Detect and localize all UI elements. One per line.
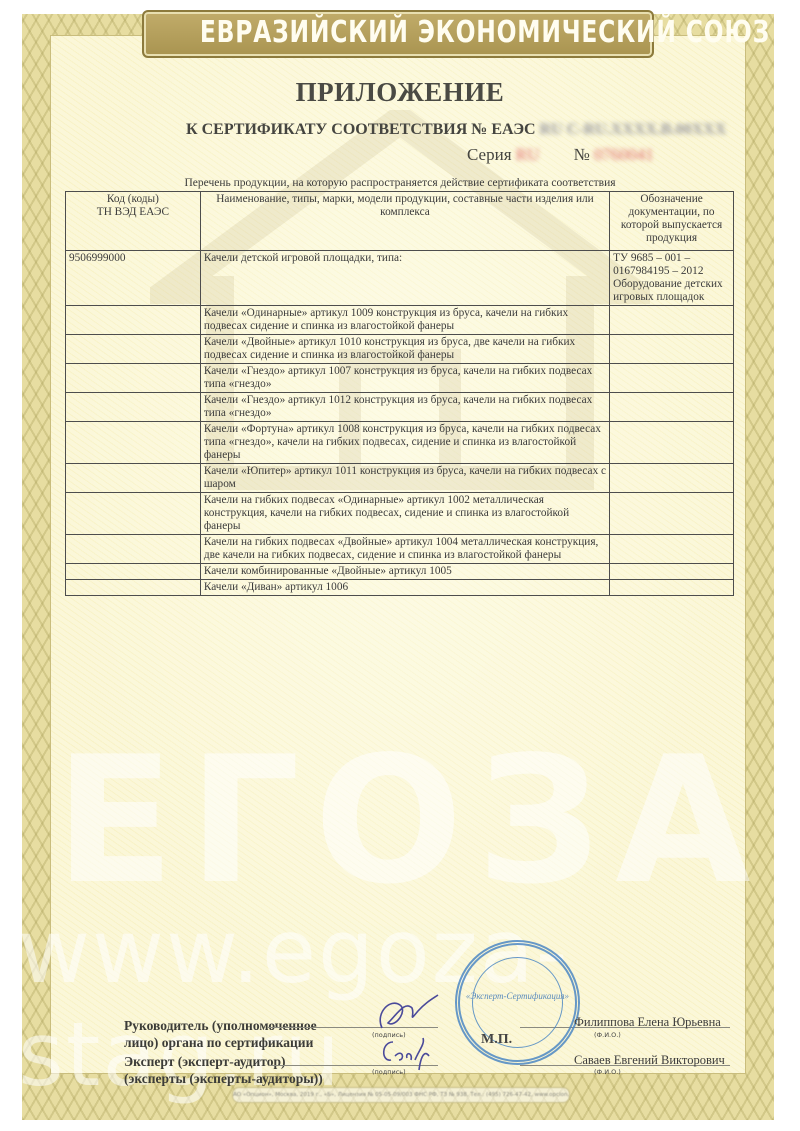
union-banner-text: ЕВРАЗИЙСКИЙ ЭКОНОМИЧЕСКИЙ СОЮЗ: [200, 15, 596, 50]
series-label: Серия: [467, 145, 512, 164]
item-cell: Качели «Одинарные» артикул 1009 конструк…: [200, 306, 609, 335]
item-cell: Качели «Гнездо» артикул 1007 конструкция…: [200, 364, 609, 393]
expert-name: Саваев Евгений Викторович: [574, 1053, 725, 1068]
cell-name: Качели детской игровой площадки, типа:: [200, 251, 609, 306]
series-line: Серия RU № 0760041: [467, 145, 654, 165]
number-value-redacted: 0760041: [594, 145, 654, 165]
item-cell: Качели «Юпитер» артикул 1011 конструкция…: [200, 464, 609, 493]
expert-signature-icon: [375, 1030, 435, 1075]
item-cell: Качели «Фортуна» артикул 1008 конструкци…: [200, 422, 609, 464]
cell-code: 9506999000: [66, 251, 201, 306]
item-cell: Качели «Двойные» артикул 1010 конструкци…: [200, 335, 609, 364]
printer-info: АО «Опцион», Москва, 2019 г., «Б», Лицен…: [232, 1087, 570, 1103]
head-label: Руководитель (уполномоченное лицо) орган…: [124, 1017, 317, 1051]
table-row: Качели на гибких подвесах «Одинарные» ар…: [66, 493, 734, 535]
head-fio-caption: (Ф.И.О.): [594, 1031, 621, 1039]
table-row: Качели «Гнездо» артикул 1012 конструкция…: [66, 393, 734, 422]
table-row: Качели «Юпитер» артикул 1011 конструкция…: [66, 464, 734, 493]
table-row: Качели «Фортуна» артикул 1008 конструкци…: [66, 422, 734, 464]
expert-fio-caption: (Ф.И.О.): [594, 1068, 621, 1076]
product-list-caption: Перечень продукции, на которую распростр…: [0, 177, 800, 189]
table-row: Качели комбинированные «Двойные» артикул…: [66, 564, 734, 580]
table-row: 9506999000 Качели детской игровой площад…: [66, 251, 734, 306]
item-cell: Качели «Диван» артикул 1006: [200, 580, 609, 596]
product-table: Код (коды) ТН ВЭД ЕАЭС Наименование, тип…: [65, 191, 734, 596]
item-cell: Качели «Гнездо» артикул 1012 конструкция…: [200, 393, 609, 422]
table-row: Качели на гибких подвесах «Двойные» арти…: [66, 535, 734, 564]
table-row: Качели «Гнездо» артикул 1007 конструкция…: [66, 364, 734, 393]
certification-stamp: «Эксперт-Сертификация»: [455, 940, 580, 1065]
header-name: Наименование, типы, марки, модели продук…: [200, 192, 609, 251]
table-header-row: Код (коды) ТН ВЭД ЕАЭС Наименование, тип…: [66, 192, 734, 251]
expert-label: Эксперт (эксперт-аудитор) (эксперты (экс…: [124, 1053, 323, 1087]
table-row: Качели «Двойные» артикул 1010 конструкци…: [66, 335, 734, 364]
table-row: Качели «Одинарные» артикул 1009 конструк…: [66, 306, 734, 335]
series-value-redacted: RU: [516, 145, 540, 165]
certificate-subtitle: К СЕРТИФИКАТУ СООТВЕТСТВИЯ № ЕАЭС RU C-R…: [186, 121, 726, 139]
brand-watermark: ЕГОЗА: [55, 720, 765, 923]
subtitle-prefix: К СЕРТИФИКАТУ СООТВЕТСТВИЯ № ЕАЭС: [186, 121, 536, 138]
page-title: ПРИЛОЖЕНИЕ: [0, 77, 800, 108]
number-label: №: [574, 145, 590, 164]
seal-label: М.П.: [481, 1032, 512, 1048]
certificate-number-redacted: RU C-RU.XXXX.B.00XXX: [540, 121, 727, 139]
head-name: Филиппова Елена Юрьевна: [574, 1015, 721, 1030]
header-doc: Обозначение документации, по которой вып…: [610, 192, 734, 251]
cell-doc: ТУ 9685 – 001 – 0167984195 – 2012 Оборуд…: [610, 251, 734, 306]
table-row: Качели «Диван» артикул 1006: [66, 580, 734, 596]
header-code: Код (коды) ТН ВЭД ЕАЭС: [66, 192, 201, 251]
item-cell: Качели на гибких подвесах «Двойные» арти…: [200, 535, 609, 564]
union-banner: ЕВРАЗИЙСКИЙ ЭКОНОМИЧЕСКИЙ СОЮЗ: [142, 10, 654, 58]
item-cell: Качели на гибких подвесах «Одинарные» ар…: [200, 493, 609, 535]
item-cell: Качели комбинированные «Двойные» артикул…: [200, 564, 609, 580]
stamp-text: «Эксперт-Сертификация»: [460, 991, 575, 1001]
